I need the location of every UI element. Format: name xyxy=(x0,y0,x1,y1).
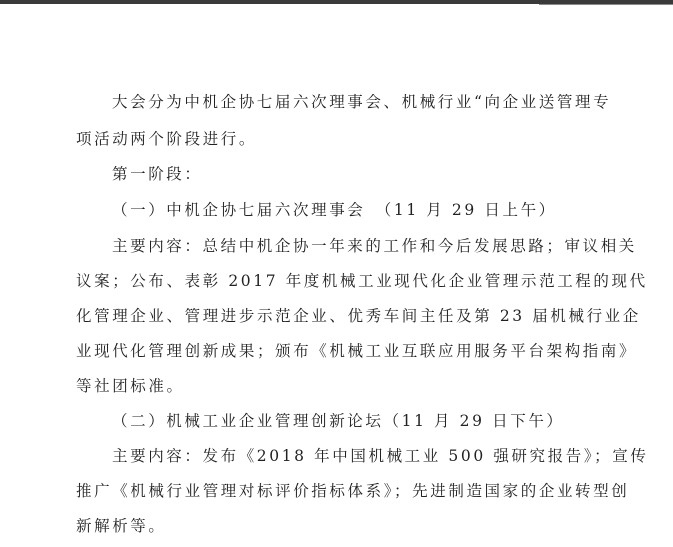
session1-content-line-3: 化管理企业、管理进步示范企业、优秀车间主任及第 23 届机械行业企 xyxy=(76,306,641,326)
session2-content-line-1: 主要内容：发布《2018 年中国机械工业 500 强研究报告》；宣传 xyxy=(112,446,648,466)
intro-line-2: 项活动两个阶段进行。 xyxy=(76,129,257,149)
document-page: 大会分为中机企协七届六次理事会、机械行业“向企业送管理专 项活动两个阶段进行。 … xyxy=(0,0,673,547)
stage1-heading: 第一阶段： xyxy=(112,164,203,184)
session1-content-line-2: 议案；公布、表彰 2017 年度机械工业现代化企业管理示范工程的现代 xyxy=(76,271,648,291)
session1-content-line-4: 业现代化管理创新成果；颁布《机械工业互联应用服务平台架构指南》 xyxy=(76,341,637,361)
session1-title: （一）中机企协七届六次理事会 （11 月 29 日上午） xyxy=(112,200,557,220)
session1-content-line-5: 等社团标准。 xyxy=(76,376,185,396)
session2-content-line-3: 新解析等。 xyxy=(76,516,167,536)
session1-content-line-1: 主要内容：总结中机企协一年来的工作和今后发展思路；审议相关 xyxy=(112,236,637,256)
intro-line-1: 大会分为中机企协七届六次理事会、机械行业“向企业送管理专 xyxy=(112,92,611,112)
session2-title: （二）机械工业企业管理创新论坛（11 月 29 日下午） xyxy=(112,411,565,431)
session2-content-line-2: 推广《机械行业管理对标评价指标体系》；先进制造国家的企业转型创 xyxy=(76,481,629,501)
